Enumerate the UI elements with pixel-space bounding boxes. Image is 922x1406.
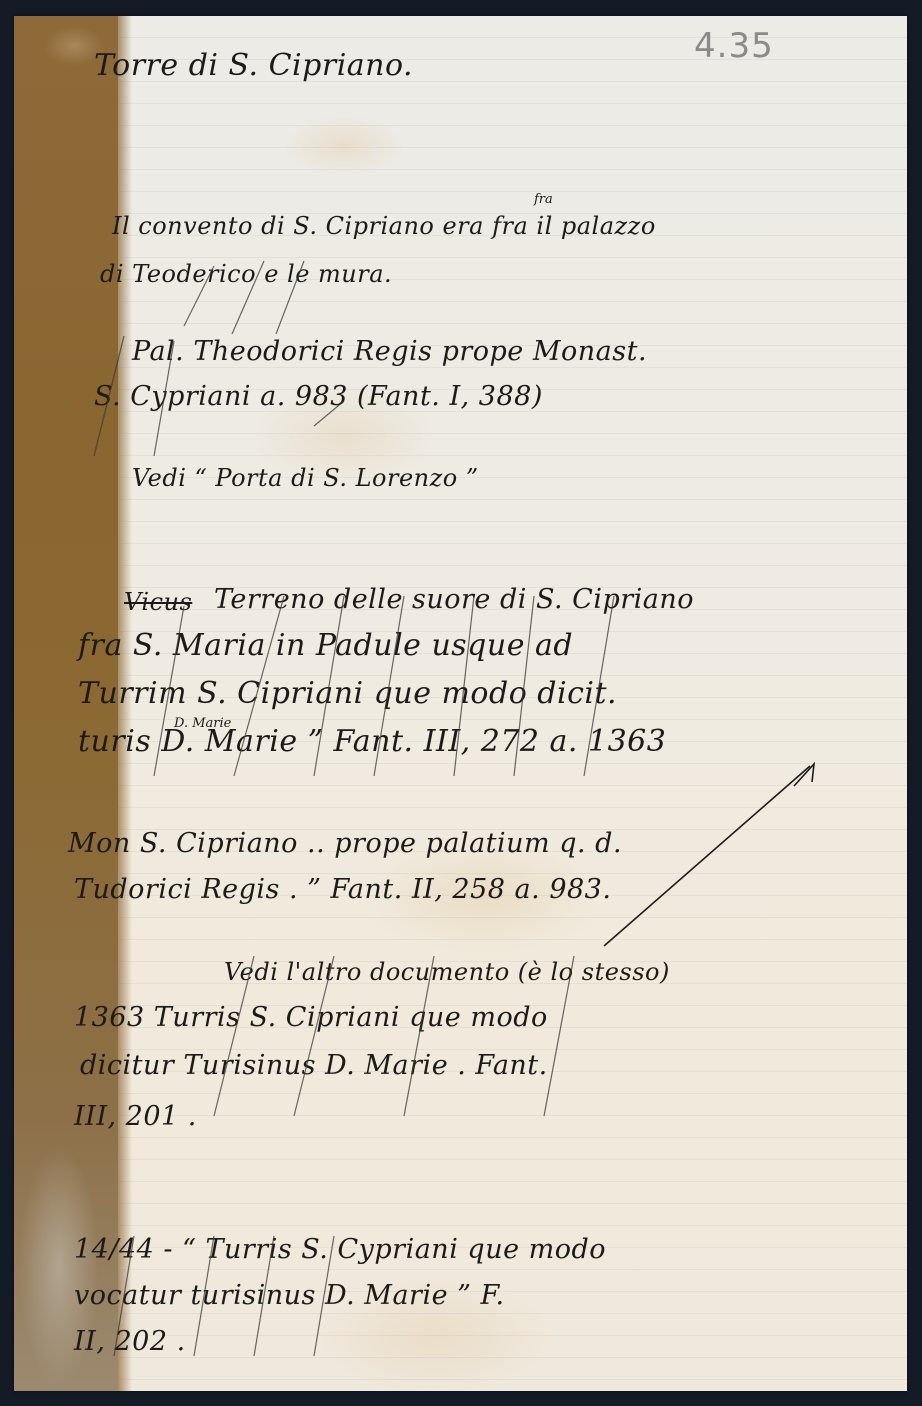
paragraph-4-line-3: Turrim S. Cipriani que modo dicit. — [78, 676, 617, 711]
paragraph-6-line-1: Vedi l'altro documento (è lo stesso) — [224, 958, 670, 986]
paragraph-4-line-4: turis D. Marie ” Fant. III, 272 a. 1363 — [78, 724, 666, 759]
paragraph-5-line-2: Tudorici Regis . ” Fant. II, 258 a. 983. — [74, 874, 611, 905]
paragraph-5-line-1: Mon S. Cipriano .. prope palatium q. d. — [68, 828, 622, 859]
paragraph-4-line-2: fra S. Maria in Padule usque ad — [78, 628, 573, 663]
insertion-fra: fra — [534, 192, 553, 207]
struck-word-vicus: Vicus — [124, 588, 192, 616]
paragraph-7-line-3: II, 202 . — [74, 1326, 186, 1357]
paragraph-7-line-2: vocatur turisinus D. Marie ” F. — [74, 1280, 505, 1311]
paragraph-2-line-2: S. Cypriani a. 983 (Fant. I, 388) — [94, 381, 543, 412]
manuscript-page: 4.35 Torre di S. Cipriano. fra Il conven… — [14, 16, 907, 1391]
page-title: Torre di S. Cipriano. — [94, 48, 413, 83]
paragraph-1-line-2: di Teoderico e le mura. — [100, 260, 392, 288]
paragraph-6-line-3: dicitur Turisinus D. Marie . Fant. — [80, 1050, 548, 1081]
paragraph-7-line-1: 14/44 - “ Turris S. Cypriani que modo — [74, 1234, 606, 1265]
paragraph-6-line-2: 1363 Turris S. Cipriani que modo — [74, 1002, 548, 1033]
paragraph-2-line-1: Pal. Theodorici Regis prope Monast. — [132, 336, 647, 367]
paragraph-6-line-4: III, 201 . — [74, 1101, 197, 1132]
paragraph-1-line-1: Il convento di S. Cipriano era fra il pa… — [112, 212, 656, 240]
paragraph-4-line-1: Terreno delle suore di S. Cipriano — [214, 584, 694, 615]
paragraph-3-line-1: Vedi “ Porta di S. Lorenzo ” — [132, 464, 479, 492]
catalog-number: 4.35 — [694, 26, 774, 66]
